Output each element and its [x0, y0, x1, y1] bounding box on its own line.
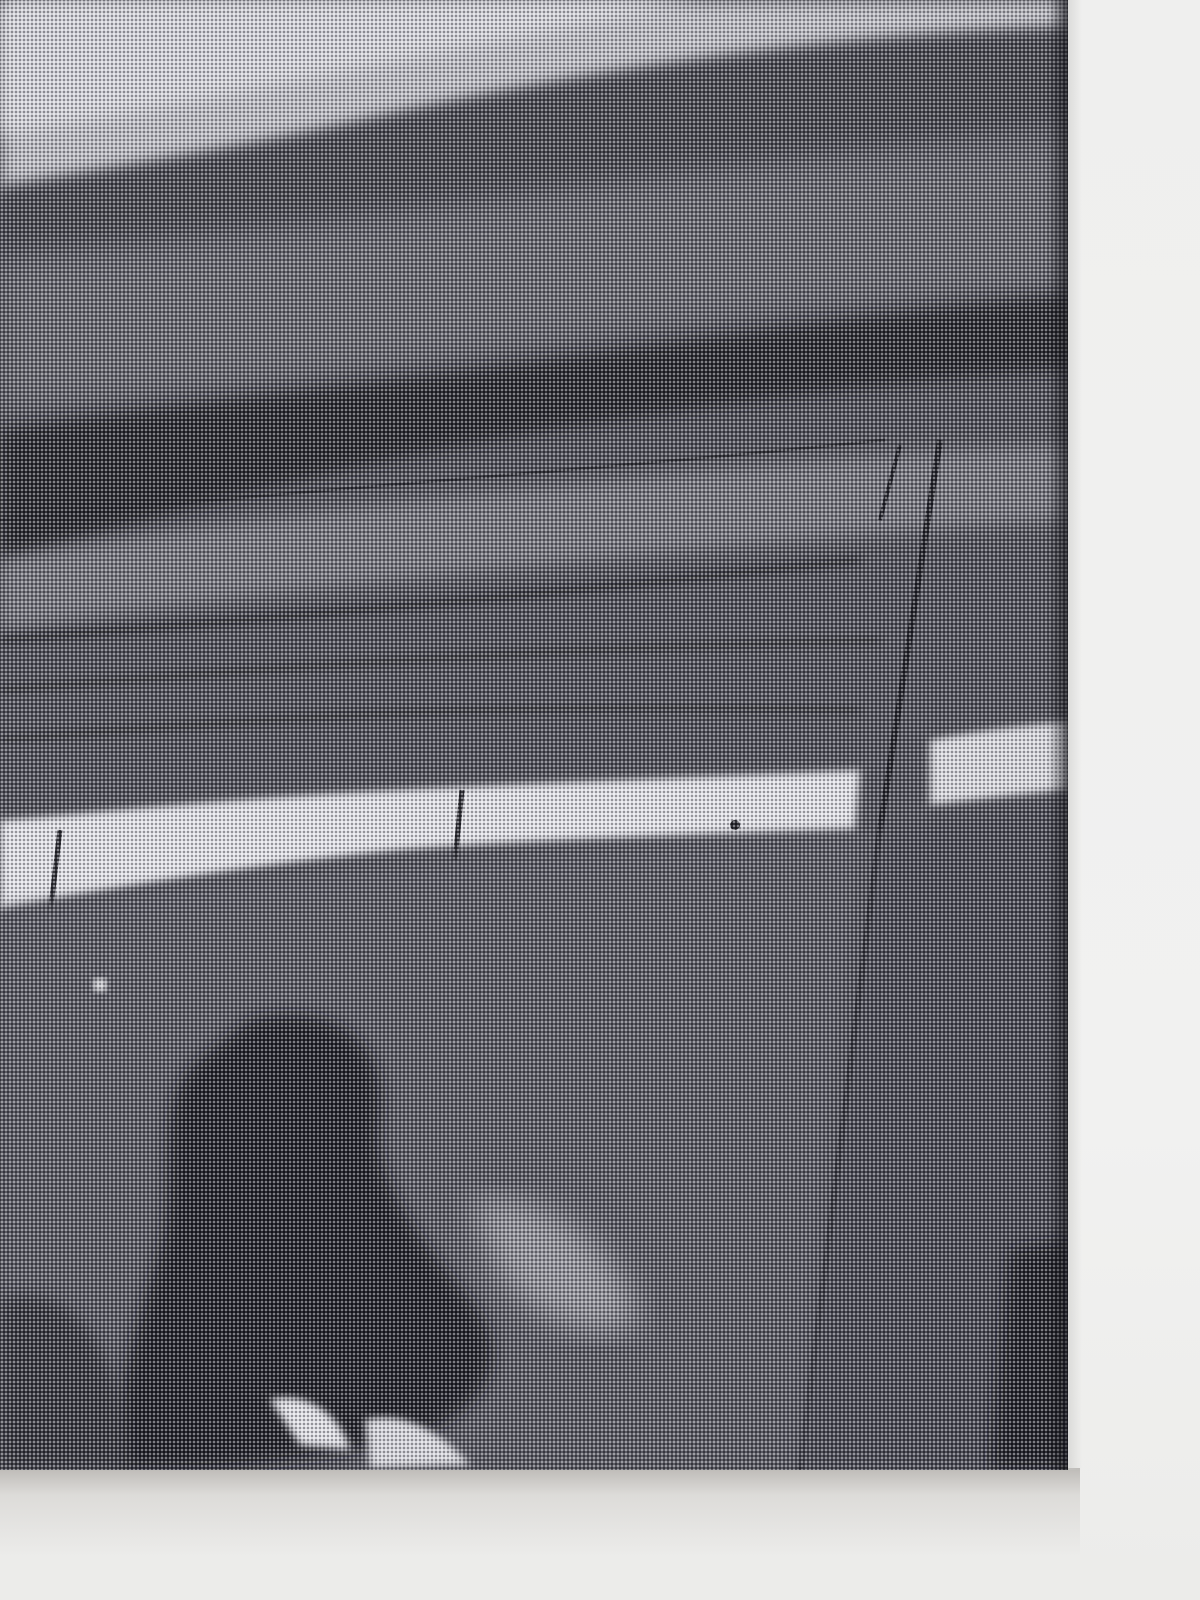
canvas-side-shadow: [1068, 0, 1082, 1470]
canvas-shadow: [0, 1468, 1080, 1558]
canvas-edge: [1048, 0, 1068, 1470]
halftone-light-dots: [0, 0, 1068, 1470]
halftone-canvas: [0, 0, 1068, 1470]
